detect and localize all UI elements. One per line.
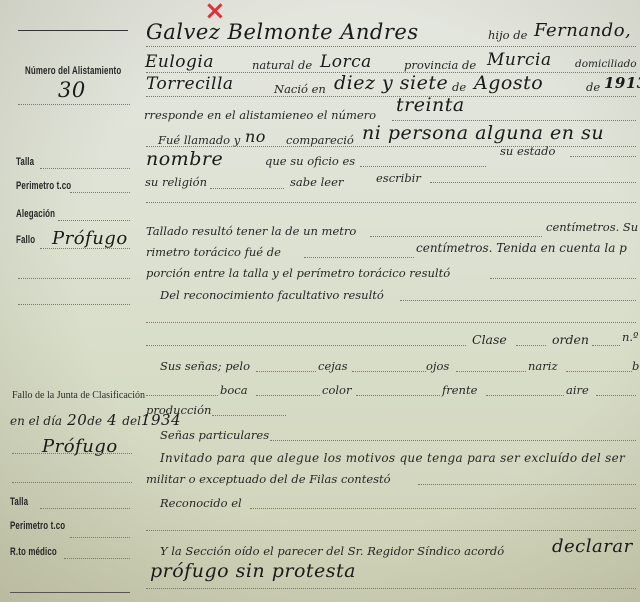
estado-line: [570, 156, 636, 157]
llamado-label: Fué llamado y: [158, 133, 240, 147]
nombre-value: nombre: [146, 148, 223, 170]
talla2-line: [40, 508, 130, 509]
rto-medico-line: [64, 558, 130, 559]
fallo-label: Fallo: [16, 234, 35, 246]
pelo-line: [256, 371, 316, 372]
aire-line: [596, 395, 636, 396]
comparecio-value: ni persona alguna en su: [362, 122, 604, 144]
frente-line: [486, 395, 564, 396]
b-label: b: [632, 359, 639, 373]
perimetro-line-main: [304, 257, 414, 258]
junta-line-2: [12, 482, 132, 483]
proporcion-line: [490, 278, 636, 279]
llamado-value: no: [245, 127, 266, 146]
bottom-left-rule: [10, 592, 130, 593]
llamado-line: [146, 146, 636, 147]
acordo-value: declarar: [552, 536, 633, 557]
estado-label: su estado: [500, 144, 555, 158]
full-name-value: Galvez Belmonte Andres: [146, 20, 419, 44]
orden-line: [592, 345, 620, 346]
boca-line: [256, 395, 320, 396]
dia-nacimiento-value: diez y siete: [334, 72, 448, 94]
religion-line-2: [146, 202, 636, 203]
hijo-de-label: hijo de: [488, 28, 527, 42]
natural-value: Lorca: [320, 52, 372, 72]
senas-label: Sus señas; pelo: [160, 359, 250, 373]
top-left-rule: [18, 30, 128, 31]
reconocimiento-line-2: [146, 322, 636, 323]
father-value: Fernando,: [534, 20, 631, 41]
fallo-line: [40, 248, 130, 249]
oficio-line: [360, 166, 486, 167]
oficio-label: que su oficio es: [265, 154, 355, 168]
nariz-label: nariz: [528, 359, 558, 373]
centimetros2-label: centímetros. Tenida en cuenta la p: [416, 241, 627, 255]
rto-medico-label: R.to médico: [10, 546, 57, 558]
provincia-label: provincia de: [404, 58, 476, 72]
escribir-label: escribir: [376, 171, 421, 185]
militar-label: militar o exceptuado del de Filas contes…: [146, 472, 391, 486]
numero-alistamiento-written: treinta: [396, 94, 465, 116]
perimetro2-label: Perimetro t.co: [10, 520, 65, 532]
numero-alistamiento-label: Número del Alistamiento: [25, 65, 121, 77]
sabe-leer-label: sabe leer: [290, 175, 343, 189]
en-el-dia-label: en el día: [10, 414, 62, 428]
aire-label: aire: [566, 383, 589, 397]
nariz-line: [566, 371, 632, 372]
mother-value: Eulogia: [145, 52, 214, 72]
seccion-label: Y la Sección oído el parecer del Sr. Reg…: [160, 544, 504, 558]
boca-label: boca: [220, 383, 248, 397]
numero-line-main: [392, 120, 636, 121]
fallo-value: Prófugo: [52, 228, 128, 249]
religion-label: su religión: [145, 175, 207, 189]
escribir-line: [430, 182, 636, 183]
perimetro-label: Perimetro t.co: [16, 180, 71, 192]
perimetro-toracico-label: rimetro torácico fué de: [146, 245, 281, 259]
name-line: [146, 46, 636, 47]
senas-particulares-label: Señas particulares: [160, 428, 269, 442]
final-value: prófugo sin protesta: [150, 560, 356, 582]
dia-value: 20: [67, 411, 87, 429]
color-line: [356, 395, 440, 396]
frente-label: frente: [442, 383, 477, 397]
corresponde-label: rresponde en el alistamieneo el número: [144, 108, 376, 122]
tallado-line: [370, 236, 542, 237]
natural-de-label: natural de: [252, 58, 312, 72]
pre-boca-line: [146, 395, 218, 396]
ojos-label: ojos: [426, 359, 449, 373]
de2-label: de: [586, 80, 600, 94]
nacio-line: [146, 96, 636, 97]
de-label: de: [452, 80, 466, 94]
provincia-value: Murcia: [487, 50, 552, 70]
invitado-label: Invitado para que alegue los motivos que…: [160, 451, 625, 465]
numero-alistamiento-value: 30: [58, 78, 86, 102]
reconocimiento-label: Del reconocimiento facultativo resultó: [160, 288, 384, 302]
reconocido-line-2: [146, 530, 636, 531]
mes-value: 4: [107, 411, 117, 429]
clase-line: [146, 345, 466, 346]
proporcion-label: porción entre la talla y el perímetro to…: [146, 266, 450, 280]
nacio-label: Nació en: [274, 82, 326, 96]
numero-line: [18, 104, 130, 105]
reconocido-label: Reconocido el: [160, 496, 242, 510]
perimetro-line: [70, 192, 130, 193]
reconocido-line: [250, 508, 636, 509]
produccion-label: producción: [146, 403, 211, 417]
perimetro2-line: [70, 537, 130, 538]
de-label: de: [87, 414, 102, 428]
talla-line: [40, 168, 130, 169]
mes-nacimiento-value: Agosto: [474, 72, 543, 94]
blank-line-1: [18, 278, 130, 279]
domiciliado-label: domiciliado: [575, 58, 637, 70]
religion-line: [210, 188, 284, 189]
comparecio-label: compareció: [286, 133, 354, 147]
anio-nacimiento-value: 1913: [604, 74, 640, 92]
cejas-line: [352, 371, 426, 372]
militar-line: [418, 484, 636, 485]
ojos-line: [456, 371, 526, 372]
tallado-label: Tallado resultó tener la de un metro: [146, 224, 356, 238]
senas-particulares-line: [270, 440, 636, 441]
cejas-label: cejas: [318, 359, 348, 373]
centimetros-label: centímetros. Su: [546, 220, 638, 234]
final-line: [146, 588, 636, 589]
junta-line: [12, 453, 132, 454]
talla-label: Talla: [16, 156, 34, 168]
junta-label: Fallo de la Junta de Clasificación: [12, 390, 145, 401]
produccion-line: [212, 415, 286, 416]
alegacion-line: [58, 220, 130, 221]
clase-value-line: [516, 345, 546, 346]
orden-label: orden: [552, 332, 589, 347]
del-label: del: [122, 414, 141, 428]
color-label: color: [322, 383, 351, 397]
blank-line-2: [18, 304, 130, 305]
talla2-label: Talla: [10, 496, 28, 508]
clase-label: Clase: [472, 332, 507, 347]
alegacion-label: Alegación: [16, 208, 55, 220]
domicilio-value: Torrecilla: [146, 74, 234, 94]
numero-orden-label: n.º: [622, 330, 638, 344]
reconocimiento-line: [400, 300, 636, 301]
